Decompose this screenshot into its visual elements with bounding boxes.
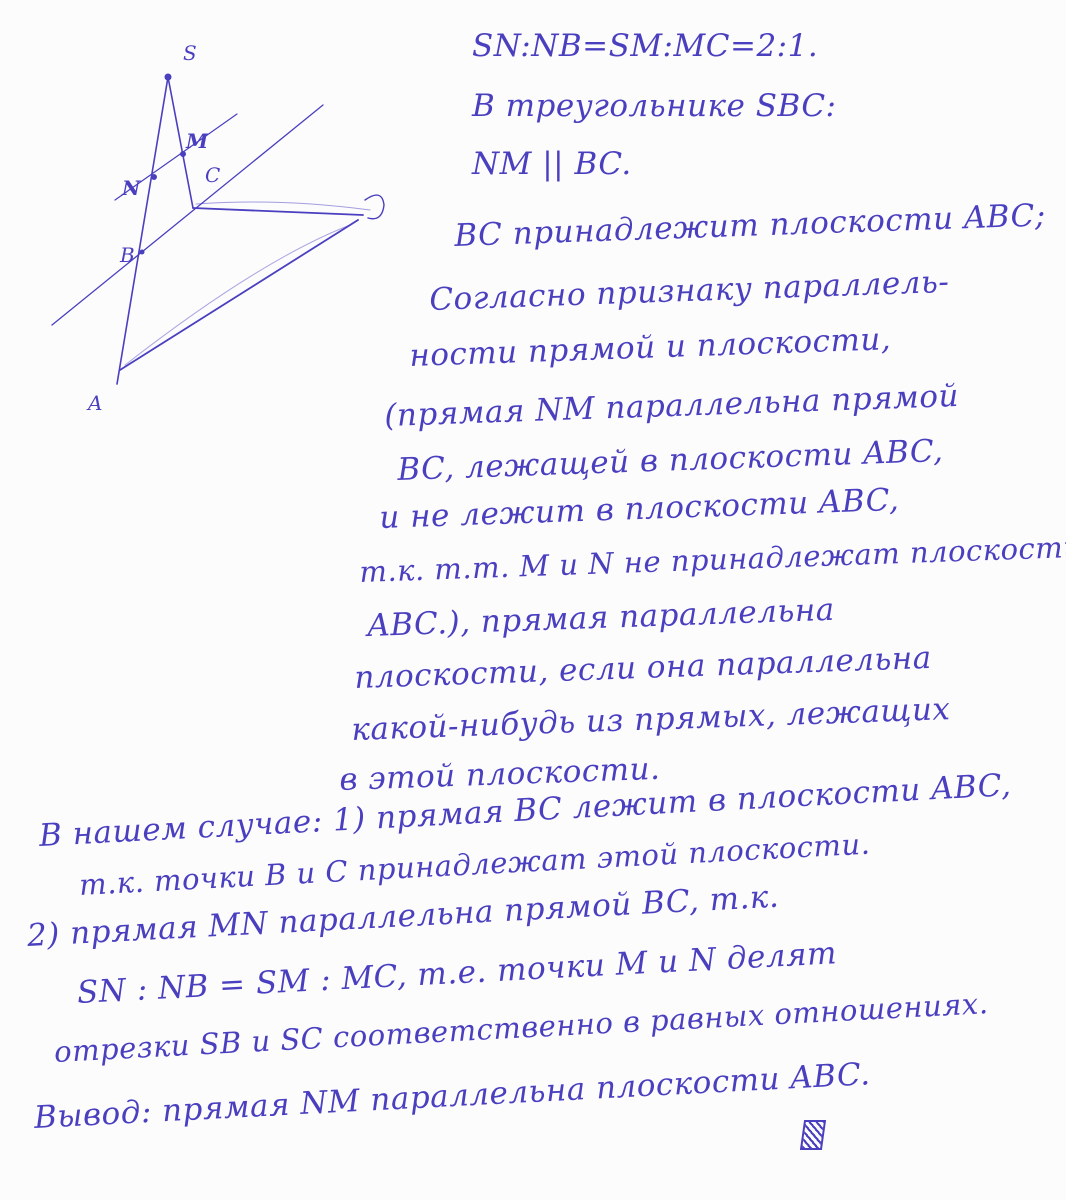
given-ratio: SN:NB=SM:MC=2:1. bbox=[472, 28, 818, 64]
label-a: A bbox=[86, 391, 102, 415]
given-parallel: NM || BC. bbox=[472, 146, 632, 182]
body-line-5: BC, лежащей в плоскости ABC, bbox=[397, 433, 944, 488]
pyramid-diagram: S N M C B A bbox=[0, 0, 420, 440]
body-line-10: какой-нибудь из прямых, лежащих bbox=[351, 691, 951, 748]
qed-mark-icon bbox=[800, 1120, 826, 1150]
body-line-1: BC принадлежит плоскости ABC; bbox=[454, 197, 1047, 254]
label-s: S bbox=[183, 41, 197, 65]
conclusion-line: Вывод: прямая NM параллельна плоскости A… bbox=[33, 1056, 871, 1136]
label-n: N bbox=[121, 176, 141, 200]
notebook-page: S N M C B A SN:NB=SM:MC=2:1. В треугольн… bbox=[0, 0, 1066, 1200]
body-line-2: Согласно признаку параллель- bbox=[429, 264, 950, 318]
label-m: M bbox=[185, 129, 209, 153]
label-b: B bbox=[119, 243, 135, 267]
label-c: C bbox=[205, 163, 220, 187]
body-line-7: т.к. т.т. M и N не принадлежат плоскости bbox=[359, 530, 1066, 589]
body-line-6: и не лежит в плоскости ABC, bbox=[379, 482, 900, 536]
body-line-3: ности прямой и плоскости, bbox=[409, 321, 892, 374]
body-line-4: (прямая NM параллельна прямой bbox=[384, 378, 960, 434]
body-line-9: плоскости, если она параллельна bbox=[354, 640, 933, 696]
body-line-8: ABC.), прямая параллельна bbox=[367, 592, 836, 644]
given-triangle-intro: В треугольнике SBC: bbox=[472, 88, 837, 124]
